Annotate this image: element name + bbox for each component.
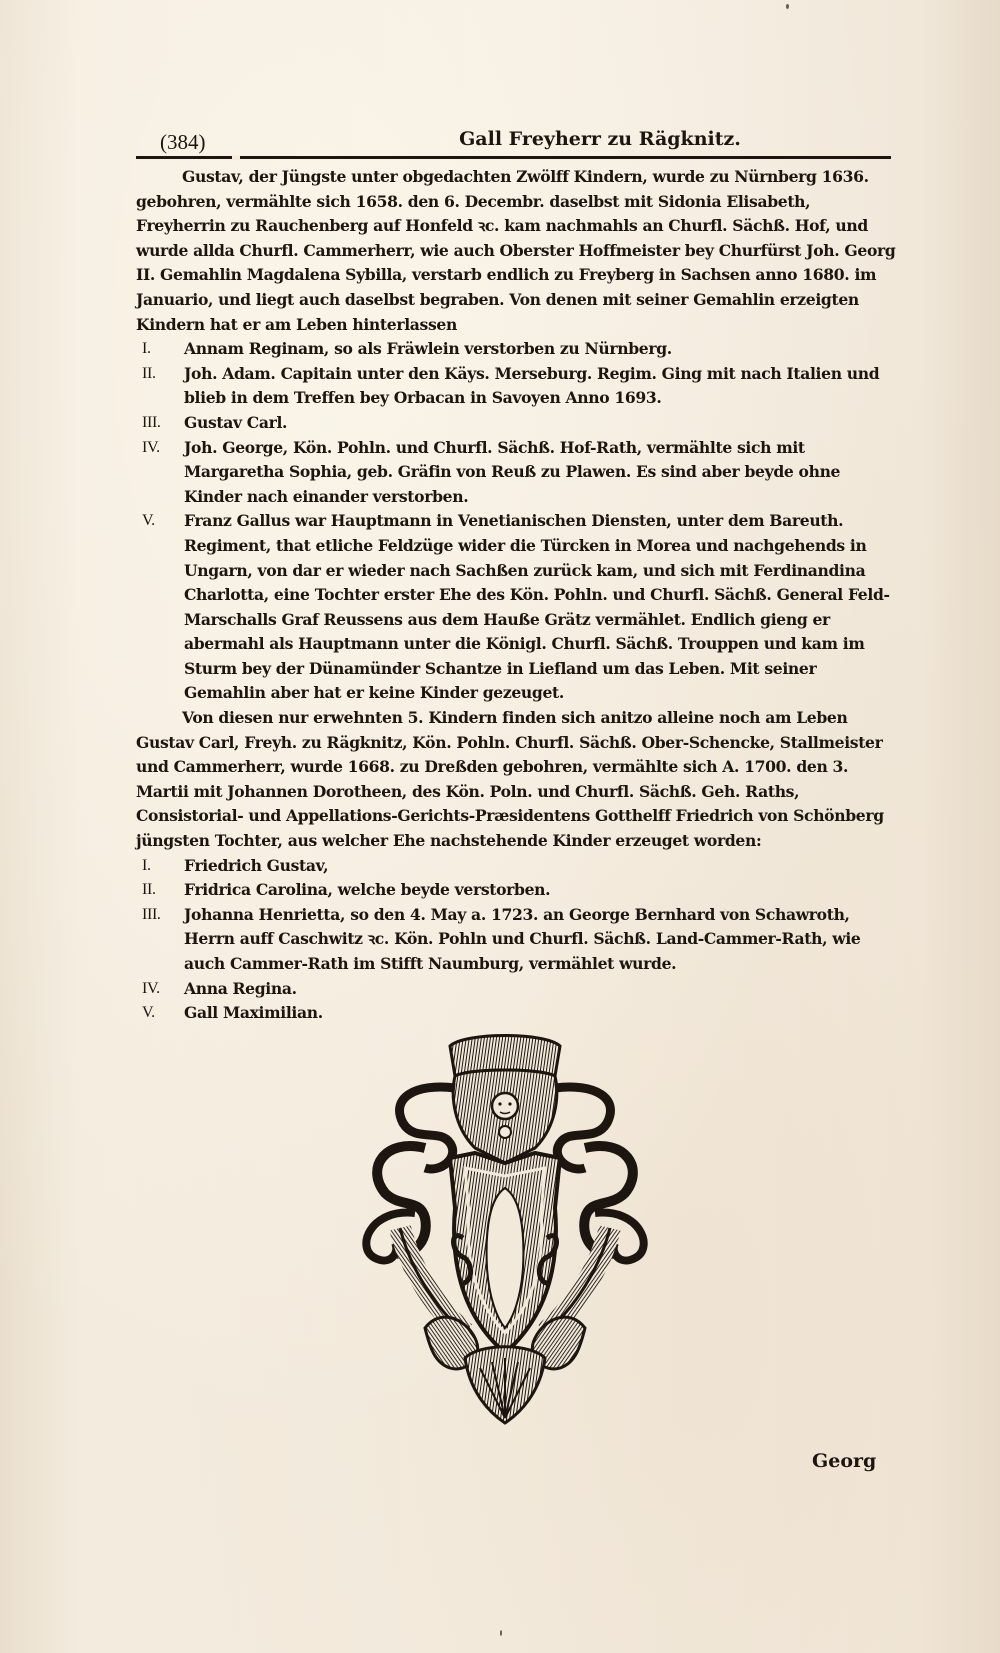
list-text: Fridrica Carolina, welche beyde verstorb… <box>184 880 550 899</box>
body-text: Gustav, der Jüngste unter obgedachten Zw… <box>136 165 896 1026</box>
children-list-first: I.Annam Reginam, so als Fräwlein verstor… <box>136 337 896 706</box>
list-text: Annam Reginam, so als Fräwlein verstorbe… <box>184 339 672 358</box>
paper-speck <box>500 1630 502 1636</box>
paragraph-gustav: Gustav, der Jüngste unter obgedachten Zw… <box>136 165 896 337</box>
list-text: Franz Gallus war Hauptmann in Venetianis… <box>184 511 890 702</box>
list-item: IV.Anna Regina. <box>136 977 896 1002</box>
list-text: Friedrich Gustav, <box>184 856 328 875</box>
list-numeral: II. <box>142 878 156 903</box>
list-item: I.Annam Reginam, so als Fräwlein verstor… <box>136 337 896 362</box>
list-numeral: III. <box>142 411 161 436</box>
list-text: Johanna Henrietta, so den 4. May a. 1723… <box>184 905 860 973</box>
page-header: (384) Gall Freyherr zu Rägknitz. <box>150 124 890 158</box>
baroque-cartouche-ornament-icon <box>355 1028 655 1428</box>
header-rule-gap <box>232 155 240 160</box>
list-numeral: IV. <box>142 977 160 1002</box>
list-text: Gustav Carl. <box>184 413 287 432</box>
list-numeral: IV. <box>142 436 160 461</box>
list-item: II.Joh. Adam. Capitain unter den Käys. M… <box>136 362 896 411</box>
list-numeral: V. <box>142 509 155 534</box>
children-list-second: I.Friedrich Gustav, II.Fridrica Carolina… <box>136 854 896 1026</box>
list-numeral: V. <box>142 1001 155 1026</box>
page-number: (384) <box>160 130 206 155</box>
list-item: V.Franz Gallus war Hauptmann in Venetian… <box>136 509 896 706</box>
paper-speck <box>786 4 789 9</box>
catchword: Georg <box>812 1450 876 1472</box>
list-text: Joh. Adam. Capitain unter den Käys. Mers… <box>184 364 879 408</box>
paragraph-surviving: Von diesen nur erwehnten 5. Kindern find… <box>136 706 896 854</box>
list-item: III.Johanna Henrietta, so den 4. May a. … <box>136 903 896 977</box>
list-item: III.Gustav Carl. <box>136 411 896 436</box>
list-text: Anna Regina. <box>184 979 297 998</box>
list-numeral: I. <box>142 337 151 362</box>
list-numeral: II. <box>142 362 156 387</box>
list-item: I.Friedrich Gustav, <box>136 854 896 879</box>
list-item: IV.Joh. George, Kön. Pohln. und Churfl. … <box>136 436 896 510</box>
header-rule <box>136 156 891 159</box>
running-title: Gall Freyherr zu Rägknitz. <box>390 128 810 150</box>
list-item: V.Gall Maximilian. <box>136 1001 896 1026</box>
list-numeral: III. <box>142 903 161 928</box>
list-numeral: I. <box>142 854 151 879</box>
list-text: Gall Maximilian. <box>184 1003 323 1022</box>
list-item: II.Fridrica Carolina, welche beyde verst… <box>136 878 896 903</box>
book-page: (384) Gall Freyherr zu Rägknitz. Gustav,… <box>0 0 1000 1653</box>
list-text: Joh. George, Kön. Pohln. und Churfl. Säc… <box>184 438 840 506</box>
